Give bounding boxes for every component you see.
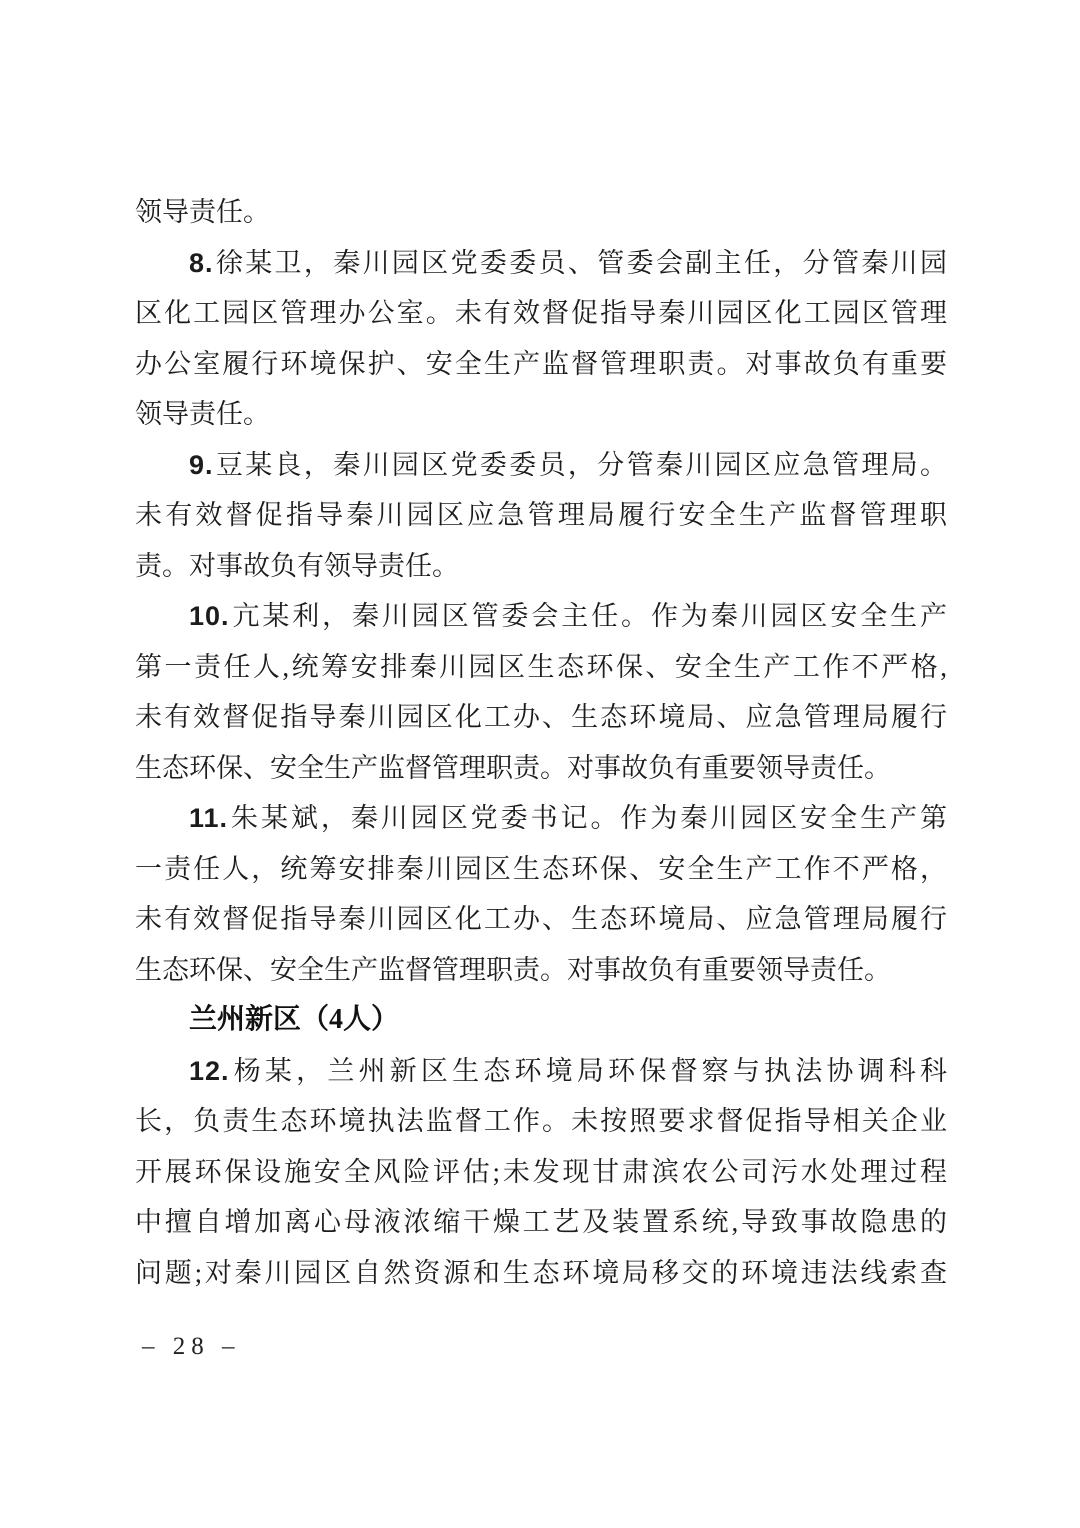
text-line: 领导责任。: [135, 389, 947, 440]
line-text: 生态环保、安全生产监督管理职责。对事故负有重要领导责任。: [135, 955, 891, 985]
text-line: 责。对事故负有领导责任。: [135, 541, 947, 592]
text-line: 10.亢某利，秦川园区管委会主任。作为秦川园区安全生产: [135, 591, 947, 642]
text-line: 领导责任。: [135, 187, 947, 238]
text-line: 问题;对秦川园区自然资源和生态环境局移交的环境违法线索查: [135, 1248, 947, 1299]
document-page: 领导责任。8.徐某卫，秦川园区党委委员、管委会副主任，分管秦川园区化工园区管理办…: [0, 0, 1080, 1528]
text-line: 开展环保设施安全风险评估;未发现甘肃滨农公司污水处理过程: [135, 1147, 947, 1198]
paragraph-continuation: 领导责任。: [135, 187, 947, 238]
line-text: 区化工园区管理办公室。未有效督促指导秦川园区化工园区管理: [135, 298, 947, 328]
line-text: 未有效督促指导秦川园区化工办、生态环境局、应急管理局履行: [135, 904, 947, 934]
paragraph-12: 12.杨某，兰州新区生态环境局环保督察与执法协调科科长，负责生态环境执法监督工作…: [135, 1046, 947, 1299]
text-line: 11.朱某斌，秦川园区党委书记。作为秦川园区安全生产第: [135, 793, 947, 844]
text-line: 12.杨某，兰州新区生态环境局环保督察与执法协调科科: [135, 1046, 947, 1097]
text-line: 第一责任人,统筹安排秦川园区生态环保、安全生产工作不严格,: [135, 642, 947, 693]
paragraph-9: 9.豆某良，秦川园区党委委员，分管秦川园区应急管理局。未有效督促指导秦川园区应急…: [135, 440, 947, 592]
paragraph-number: 12.: [189, 1056, 230, 1086]
text-line: 生态环保、安全生产监督管理职责。对事故负有重要领导责任。: [135, 945, 947, 996]
line-text: 未有效督促指导秦川园区应急管理局履行安全生产监督管理职: [135, 500, 947, 530]
text-line: 长，负责生态环境执法监督工作。未按照要求督促指导相关企业: [135, 1096, 947, 1147]
line-text: 一责任人，统筹安排秦川园区生态环保、安全生产工作不严格，: [135, 854, 947, 884]
paragraph-number: 9.: [189, 450, 214, 480]
line-text: 未有效督促指导秦川园区化工办、生态环境局、应急管理局履行: [135, 702, 947, 732]
paragraph-10: 10.亢某利，秦川园区管委会主任。作为秦川园区安全生产第一责任人,统筹安排秦川园…: [135, 591, 947, 793]
text-line: 中擅自增加离心母液浓缩干燥工艺及装置系统,导致事故隐患的: [135, 1197, 947, 1248]
line-text: 第一责任人,统筹安排秦川园区生态环保、安全生产工作不严格,: [135, 652, 947, 682]
line-text: 责。对事故负有领导责任。: [135, 551, 459, 581]
text-line: 区化工园区管理办公室。未有效督促指导秦川园区化工园区管理: [135, 288, 947, 339]
paragraph-8: 8.徐某卫，秦川园区党委委员、管委会副主任，分管秦川园区化工园区管理办公室。未有…: [135, 238, 947, 440]
line-text: 办公室履行环境保护、安全生产监督管理职责。对事故负有重要: [135, 349, 947, 379]
paragraph-number: 8.: [189, 248, 214, 278]
line-text: 开展环保设施安全风险评估;未发现甘肃滨农公司污水处理过程: [135, 1157, 947, 1187]
line-text: 中擅自增加离心母液浓缩干燥工艺及装置系统,导致事故隐患的: [135, 1207, 947, 1237]
line-text: 领导责任。: [135, 399, 270, 429]
text-line: 8.徐某卫，秦川园区党委委员、管委会副主任，分管秦川园: [135, 238, 947, 289]
line-text: 杨某，兰州新区生态环境局环保督察与执法协调科科: [230, 1056, 947, 1086]
document-content: 领导责任。8.徐某卫，秦川园区党委委员、管委会副主任，分管秦川园区化工园区管理办…: [135, 187, 947, 1298]
text-line: 9.豆某良，秦川园区党委委员，分管秦川园区应急管理局。: [135, 440, 947, 491]
line-text: 长，负责生态环境执法监督工作。未按照要求督促指导相关企业: [135, 1106, 947, 1136]
line-text: 生态环保、安全生产监督管理职责。对事故负有重要领导责任。: [135, 753, 891, 783]
page-number: – 28 –: [142, 1333, 241, 1360]
line-text: 徐某卫，秦川园区党委委员、管委会副主任，分管秦川园: [214, 248, 947, 278]
text-line: 未有效督促指导秦川园区化工办、生态环境局、应急管理局履行: [135, 894, 947, 945]
paragraph-11: 11.朱某斌，秦川园区党委书记。作为秦川园区安全生产第一责任人，统筹安排秦川园区…: [135, 793, 947, 995]
text-line: 未有效督促指导秦川园区化工办、生态环境局、应急管理局履行: [135, 692, 947, 743]
line-text: 豆某良，秦川园区党委委员，分管秦川园区应急管理局。: [214, 450, 947, 480]
line-text: 朱某斌，秦川园区党委书记。作为秦川园区安全生产第: [228, 803, 947, 833]
section-heading-lanzhou-new-district: 兰州新区（4人）: [135, 995, 947, 1046]
page-footer: – 28 –: [142, 1327, 241, 1367]
text-line: 生态环保、安全生产监督管理职责。对事故负有重要领导责任。: [135, 743, 947, 794]
text-line: 一责任人，统筹安排秦川园区生态环保、安全生产工作不严格，: [135, 844, 947, 895]
paragraph-number: 11.: [189, 803, 228, 833]
line-text: 亢某利，秦川园区管委会主任。作为秦川园区安全生产: [230, 601, 947, 631]
line-text: 问题;对秦川园区自然资源和生态环境局移交的环境违法线索查: [135, 1258, 947, 1288]
line-text: 领导责任。: [135, 197, 270, 227]
text-line: 办公室履行环境保护、安全生产监督管理职责。对事故负有重要: [135, 339, 947, 390]
paragraph-number: 10.: [189, 601, 230, 631]
text-line: 未有效督促指导秦川园区应急管理局履行安全生产监督管理职: [135, 490, 947, 541]
